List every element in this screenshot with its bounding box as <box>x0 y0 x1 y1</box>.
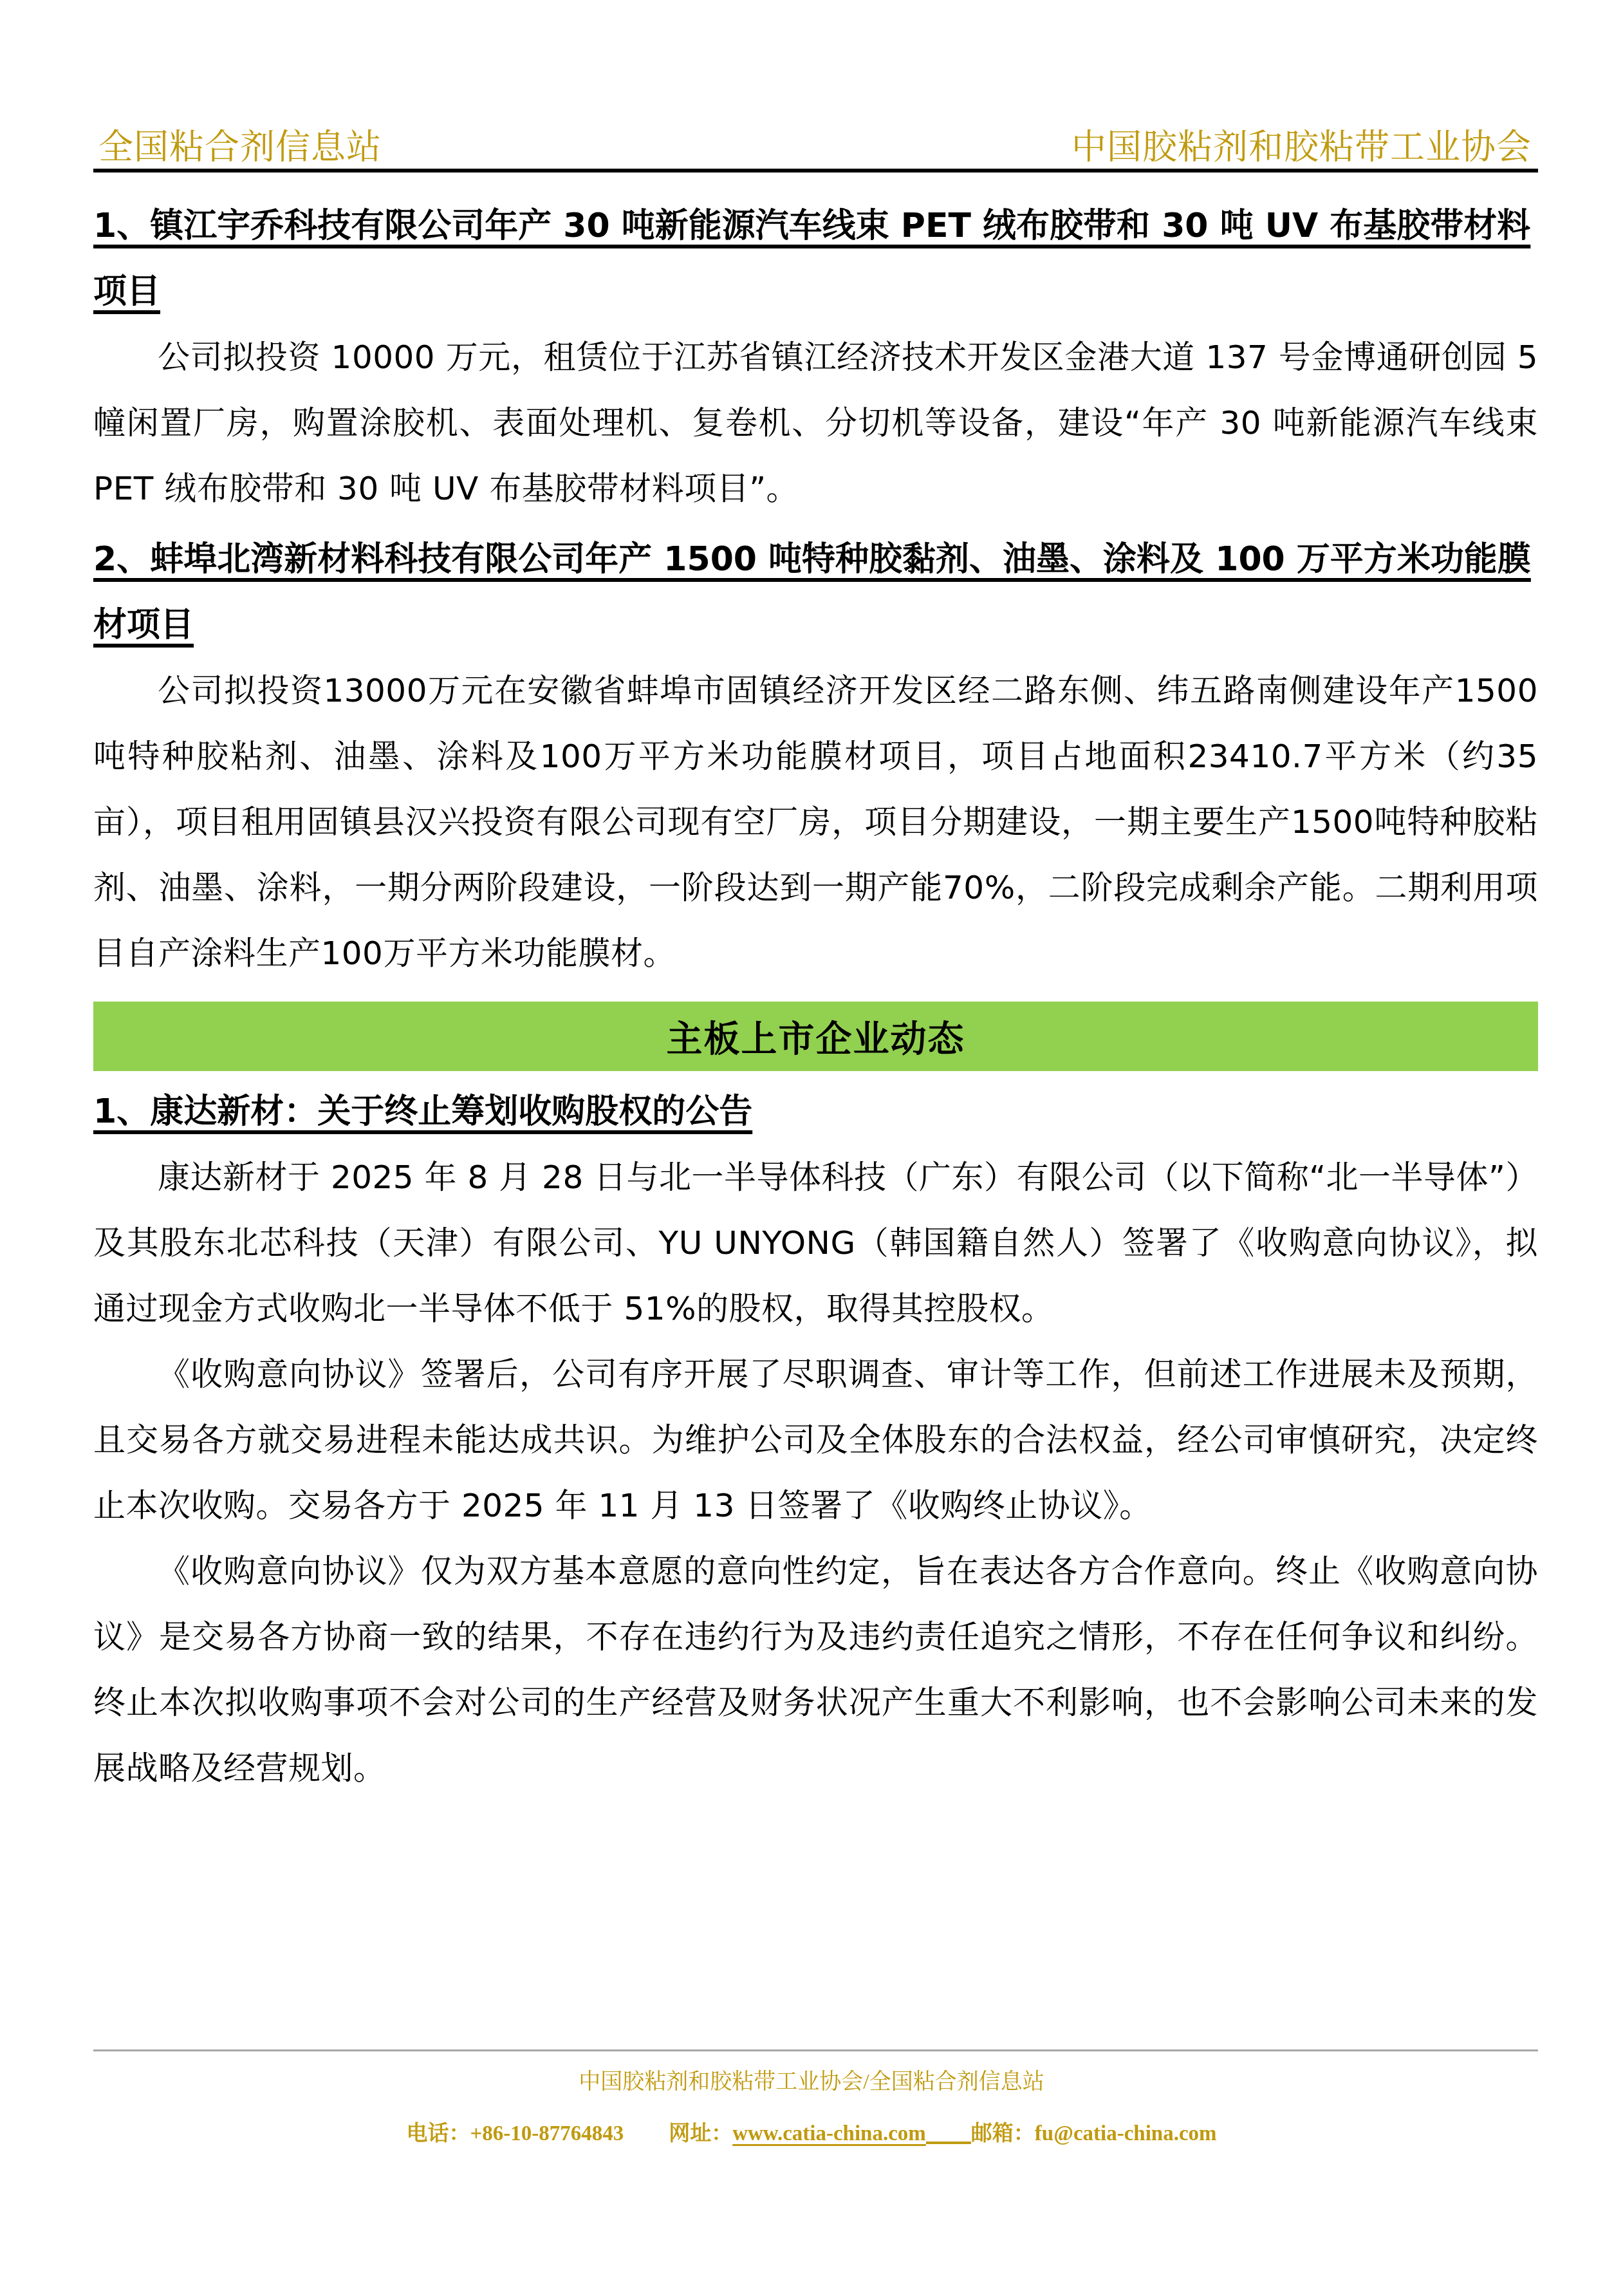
section-header-band: 主板上市企业动态 <box>93 1002 1538 1071</box>
section-title: 主板上市企业动态 <box>667 1011 965 1062</box>
news-title: 1、康达新材：关于终止筹划收购股权的公告 <box>93 1079 1538 1144</box>
link-underline-tail <box>926 2142 971 2144</box>
news-paragraph: 康达新材于 2025 年 8 月 28 日与北一半导体科技（广东）有限公司（以下… <box>93 1144 1538 1341</box>
project-paragraph: 公司拟投资13000万元在安徽省蚌埠市固镇经济开发区经二路东侧、纬五路南侧建设年… <box>93 658 1538 986</box>
email-address: fu@catia-china.com <box>1035 2122 1217 2145</box>
email-label: 邮箱： <box>971 2122 1035 2145</box>
page-header: 全国粘合剂信息站 中国胶粘剂和胶粘带工业协会 <box>93 116 1538 173</box>
header-left-title: 全国粘合剂信息站 <box>98 130 382 165</box>
footer-contact-line: 电话：+86-10-87764843网址：www.catia-china.com… <box>0 2116 1623 2147</box>
project-title: 2、蚌埠北湾新材料科技有限公司年产 1500 吨特种胶黏剂、油墨、涂料及 100… <box>93 527 1538 658</box>
news-paragraph: 《收购意向协议》签署后，公司有序开展了尽职调查、审计等工作，但前述工作进展未及预… <box>93 1341 1538 1538</box>
footer-divider <box>93 2049 1538 2051</box>
header-right-title: 中国胶粘剂和胶粘带工业协会 <box>1071 130 1532 165</box>
website-label: 网址： <box>669 2122 732 2145</box>
footer-org-line: 中国胶粘剂和胶粘带工业协会/全国粘合剂信息站 <box>0 2064 1623 2095</box>
project-item: 2、蚌埠北湾新材料科技有限公司年产 1500 吨特种胶黏剂、油墨、涂料及 100… <box>93 527 1538 986</box>
phone-number: +86-10-87764843 <box>470 2122 624 2145</box>
website-link[interactable]: www.catia-china.com <box>732 2122 926 2145</box>
news-paragraph: 《收购意向协议》仅为双方基本意愿的意向性约定，旨在表达各方合作意向。终止《收购意… <box>93 1538 1538 1801</box>
phone-label: 电话： <box>406 2122 470 2145</box>
page-content: 1、镇江宇乔科技有限公司年产 30 吨新能源汽车线束 PET 绒布胶带和 30 … <box>93 193 1538 1801</box>
news-item: 1、康达新材：关于终止筹划收购股权的公告 康达新材于 2025 年 8 月 28… <box>93 1079 1538 1801</box>
project-paragraph: 公司拟投资 10000 万元，租赁位于江苏省镇江经济技术开发区金港大道 137 … <box>93 324 1538 521</box>
project-item: 1、镇江宇乔科技有限公司年产 30 吨新能源汽车线束 PET 绒布胶带和 30 … <box>93 193 1538 521</box>
project-title: 1、镇江宇乔科技有限公司年产 30 吨新能源汽车线束 PET 绒布胶带和 30 … <box>93 193 1538 324</box>
